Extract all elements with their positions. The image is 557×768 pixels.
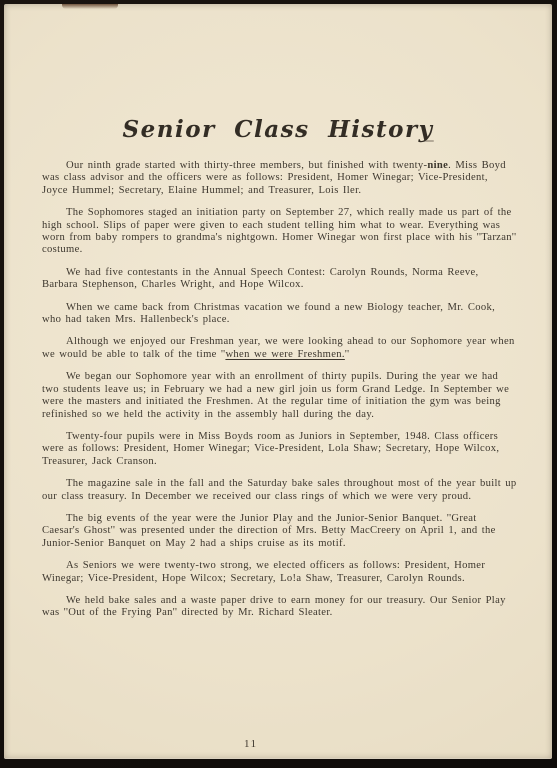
paragraph-segment: Twenty-four pupils were in Miss Boyds ro… — [42, 431, 499, 467]
paragraph-segment: We held bake sales and a waste paper dri… — [42, 595, 506, 618]
paragraph-segment: When we came back from Christmas vacatio… — [42, 302, 495, 325]
paragraph: We had five contestants in the Annual Sp… — [42, 267, 517, 292]
paragraph: As Seniors we were twenty-two strong, we… — [42, 560, 517, 585]
paragraph: The Sophomores staged an initiation part… — [42, 207, 517, 257]
paragraph-segment: Our ninth grade started with thirty-thre… — [66, 160, 427, 171]
paragraph-segment: We had five contestants in the Annual Sp… — [42, 267, 479, 290]
paragraph-segment: As Seniors we were twenty-two strong, we… — [42, 560, 485, 583]
paragraph-segment: when we were Freshmen. — [225, 349, 344, 360]
page-number: 11 — [244, 738, 258, 750]
scanned-page: Senior Class History Our ninth grade sta… — [4, 4, 552, 759]
scan-smudge — [62, 4, 118, 9]
paragraph-segment: The magazine sale in the fall and the Sa… — [42, 478, 517, 501]
paragraph: We held bake sales and a waste paper dri… — [42, 595, 517, 620]
scan-frame: Senior Class History Our ninth grade sta… — [0, 0, 557, 768]
page-title: Senior Class History — [4, 116, 552, 143]
paragraph-segment: The Sophomores staged an initiation part… — [42, 207, 516, 255]
page-body: Our ninth grade started with thirty-thre… — [42, 160, 517, 620]
paragraph: Although we enjoyed our Freshman year, w… — [42, 336, 517, 361]
paragraph: Our ninth grade started with thirty-thre… — [42, 160, 517, 197]
paragraph-segment: '' — [345, 349, 349, 360]
paragraph-segment: nine — [427, 160, 448, 171]
paragraph: The big events of the year were the Juni… — [42, 513, 517, 550]
scan-speck — [425, 140, 434, 142]
paragraph: The magazine sale in the fall and the Sa… — [42, 478, 517, 503]
paragraph-segment: We began our Sophomore year with an enro… — [42, 371, 509, 419]
paragraph: We began our Sophomore year with an enro… — [42, 371, 517, 421]
paragraph: When we came back from Christmas vacatio… — [42, 302, 517, 327]
paragraph-segment: The big events of the year were the Juni… — [42, 513, 496, 549]
paragraph: Twenty-four pupils were in Miss Boyds ro… — [42, 431, 517, 468]
